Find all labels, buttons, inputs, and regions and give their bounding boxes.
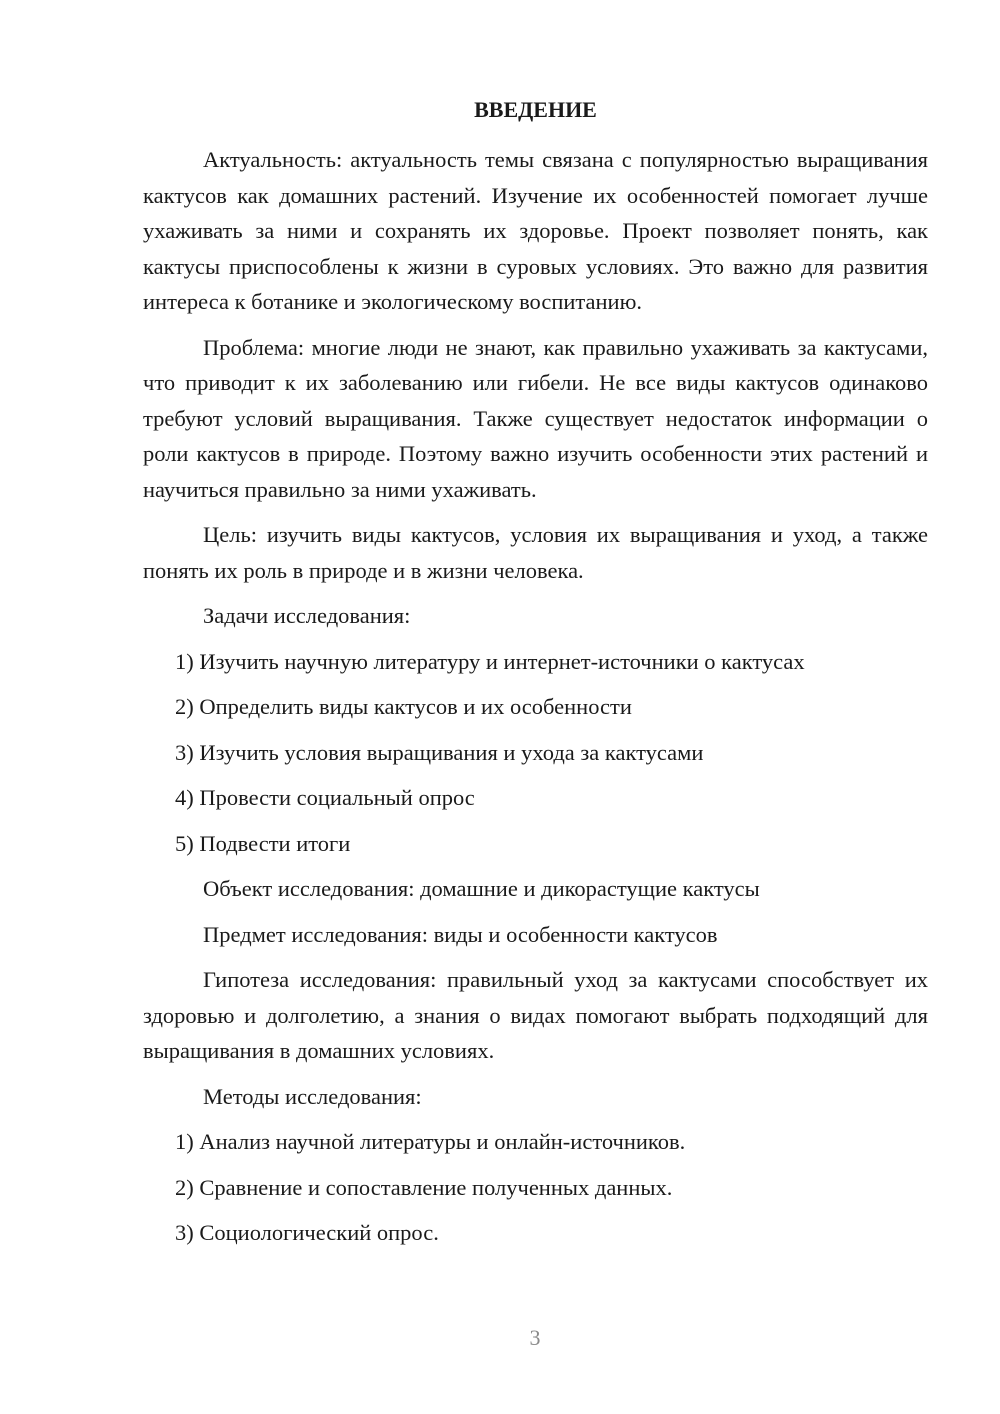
relevance-paragraph: Актуальность: актуальность темы связана … (143, 142, 928, 320)
task-item: 3) Изучить условия выращивания и ухода з… (143, 735, 928, 771)
task-item: 4) Провести социальный опрос (143, 780, 928, 816)
task-item: 1) Изучить научную литературу и интернет… (143, 644, 928, 680)
problem-paragraph: Проблема: многие люди не знают, как прав… (143, 330, 928, 508)
document-page: ВВЕДЕНИЕ Актуальность: актуальность темы… (143, 95, 928, 1261)
tasks-list: 1) Изучить научную литературу и интернет… (143, 644, 928, 862)
task-item: 5) Подвести итоги (143, 826, 928, 862)
hypothesis-paragraph: Гипотеза исследования: правильный уход з… (143, 962, 928, 1069)
subject-line: Предмет исследования: виды и особенности… (143, 917, 928, 953)
tasks-heading: Задачи исследования: (143, 598, 928, 634)
method-item: 3) Социологический опрос. (143, 1215, 928, 1251)
task-item: 2) Определить виды кактусов и их особенн… (143, 689, 928, 725)
object-line: Объект исследования: домашние и дикораст… (143, 871, 928, 907)
section-title: ВВЕДЕНИЕ (143, 95, 928, 125)
goal-paragraph: Цель: изучить виды кактусов, условия их … (143, 517, 928, 588)
methods-list: 1) Анализ научной литературы и онлайн-ис… (143, 1124, 928, 1251)
method-item: 1) Анализ научной литературы и онлайн-ис… (143, 1124, 928, 1160)
method-item: 2) Сравнение и сопоставление полученных … (143, 1170, 928, 1206)
page-number: 3 (0, 1325, 1000, 1351)
methods-heading: Методы исследования: (143, 1079, 928, 1115)
